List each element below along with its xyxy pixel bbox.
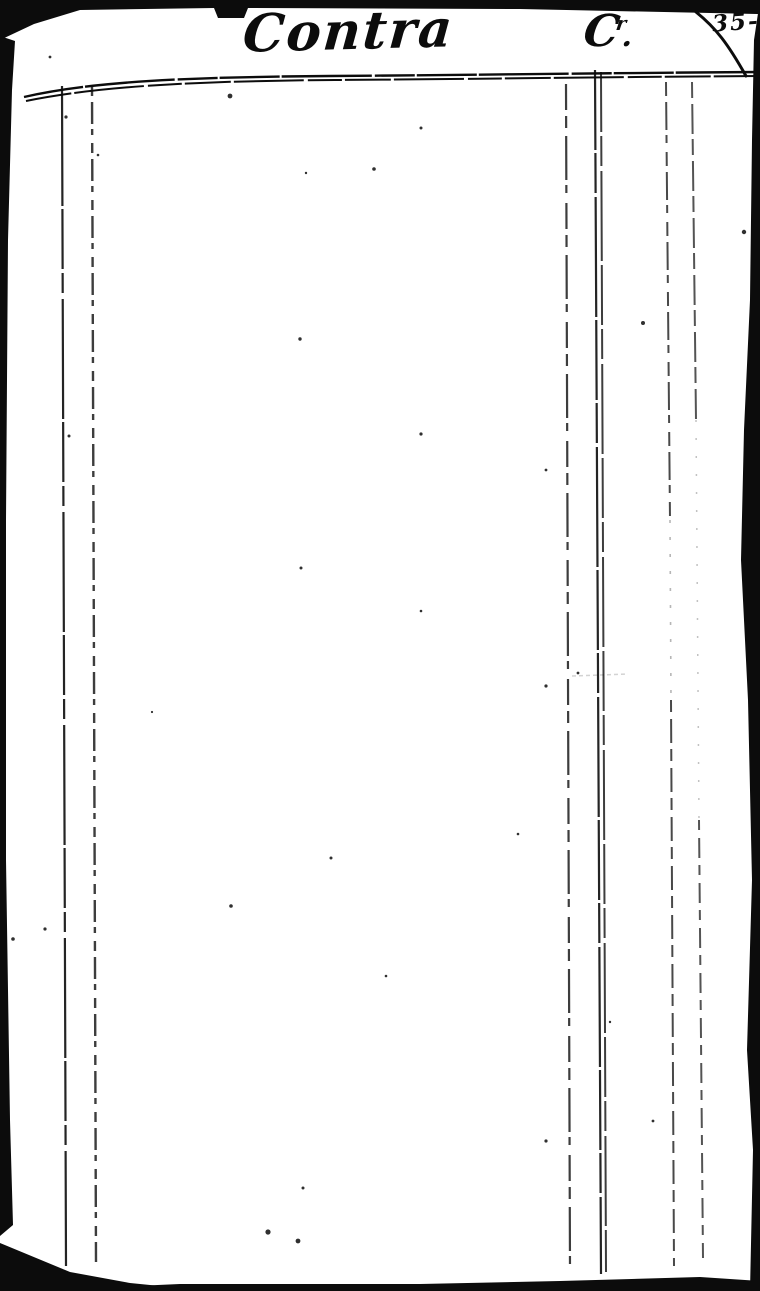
noise-speck [302,1187,305,1190]
ledger-page: Contra Cr. 35- [0,0,760,1291]
header-rule-lower [26,76,760,101]
right-column-line-3-bottom [671,700,674,1266]
noise-speck [420,127,423,130]
noise-speck [300,567,303,570]
right-column-double-line-a [595,70,601,1274]
right-column-line-4-bottom [699,820,703,1258]
credit-abbreviation: Cr. [581,10,637,54]
noise-speck [544,684,547,687]
bottom-left-wedge [0,1243,210,1291]
noise-speck [652,1120,655,1123]
right-column-line-4-mid [696,420,699,820]
right-column-line-1 [566,84,570,1270]
ghost-rule-smudge [572,674,628,676]
column-lines-right [566,70,703,1274]
noise-speck [151,711,153,713]
noise-speck [609,1021,611,1023]
right-column-line-3-top [666,82,670,520]
header-double-rule [24,72,760,101]
noise-speck [229,904,233,908]
noise-speck [265,1229,270,1234]
noise-speck [64,115,67,118]
header-rule-upper [24,72,760,97]
noise-speck [305,172,307,174]
noise-speck [296,1239,301,1244]
noise-speck [298,337,301,340]
noise-speck [49,56,52,59]
noise-speck [11,937,15,941]
right-column-line-4-top [692,82,696,420]
noise-speck [330,857,333,860]
noise-speck [420,610,423,613]
right-column-line-3-mid [670,520,671,700]
page-heading: Contra [241,3,456,61]
noise-speck [742,230,746,234]
right-edge [741,0,760,1291]
noise-speck [385,975,388,978]
noise-speck [545,469,548,472]
column-lines-left [62,86,96,1266]
left-edge [0,36,15,1236]
noise-speck [97,154,100,157]
noise-speck [419,432,422,435]
bottom-edge [70,1277,760,1291]
page-edge-borders [0,0,760,1291]
noise-speck [517,833,520,836]
noise-speck [544,1139,547,1142]
noise-speck [228,94,233,99]
noise-speck [641,321,645,325]
ledger-ruling-artwork [0,0,760,1291]
left-column-line-1 [62,86,66,1266]
page-number: 35- [711,9,760,35]
noise-speck [577,672,580,675]
left-column-line-2 [92,86,96,1262]
right-column-double-line-b [601,72,606,1272]
scan-noise-specks [11,56,746,1244]
page-heading-text: Contra [241,0,457,65]
noise-speck [43,927,46,930]
noise-speck [372,167,376,171]
noise-speck [68,435,71,438]
